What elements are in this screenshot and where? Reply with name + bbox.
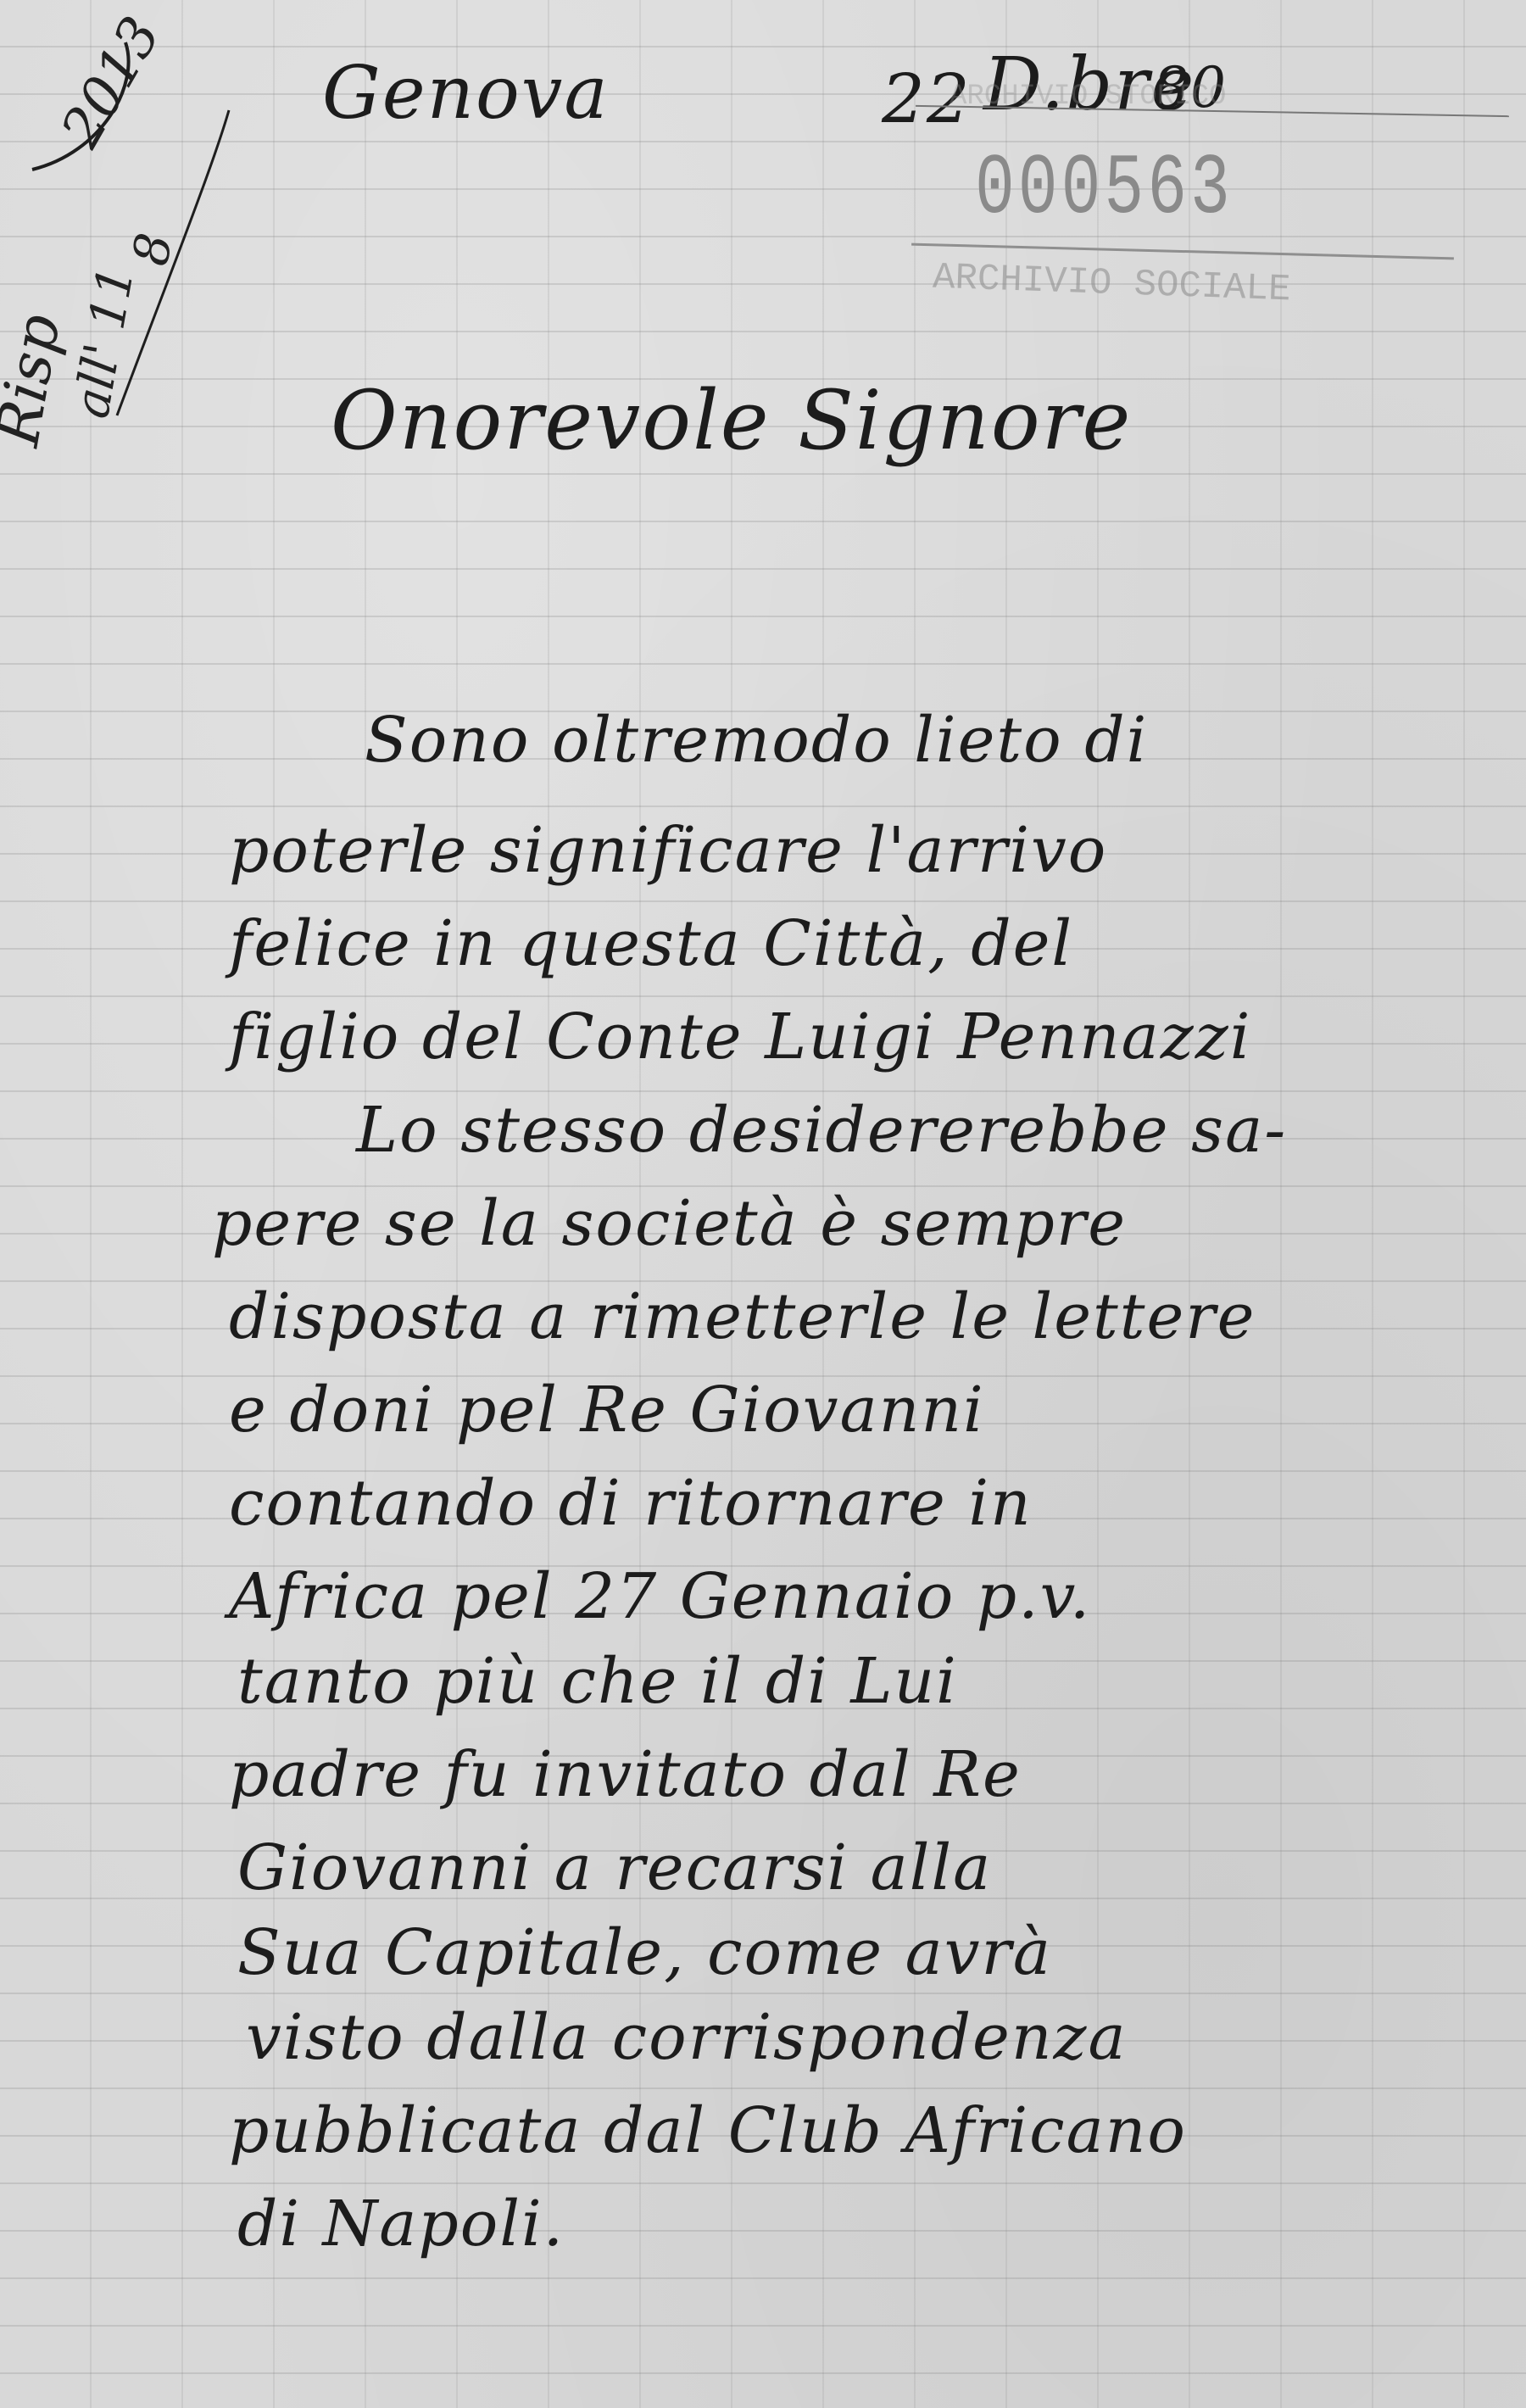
body-line: Sua Capitale, come avrà: [237, 1916, 1052, 1989]
body-line: pubblicata dal Club Africano: [229, 2094, 1187, 2167]
body-line: figlio del Conte Luigi Pennazzi: [229, 1001, 1251, 1073]
body-line: poterle significare l'arrivo: [229, 814, 1107, 887]
body-line: tanto più che il di Lui: [237, 1645, 958, 1718]
body-line: Africa pel 27 Gennaio p.v.: [229, 1560, 1091, 1633]
body-line: di Napoli.: [237, 2188, 565, 2260]
body-line: visto dalla corrispondenza: [246, 2001, 1128, 2074]
body-line: padre fu invitato dal Re: [229, 1738, 1022, 1811]
body-line: e doni pel Re Giovanni: [229, 1374, 985, 1446]
body-line: disposta a rimetterle le lettere: [229, 1280, 1256, 1353]
body-line: contando di ritornare in: [229, 1467, 1033, 1540]
body-line: felice in questa Città, del: [229, 907, 1073, 980]
body-line: Giovanni a recarsi alla: [237, 1831, 992, 1904]
body-line: pere se la società è sempre: [212, 1187, 1127, 1260]
body-line: Sono oltremodo lieto di: [365, 704, 1148, 777]
body-line: Lo stesso desidererebbe sa-: [356, 1094, 1287, 1167]
letter-body: Sono oltremodo lieto di poterle signific…: [0, 0, 1526, 2408]
